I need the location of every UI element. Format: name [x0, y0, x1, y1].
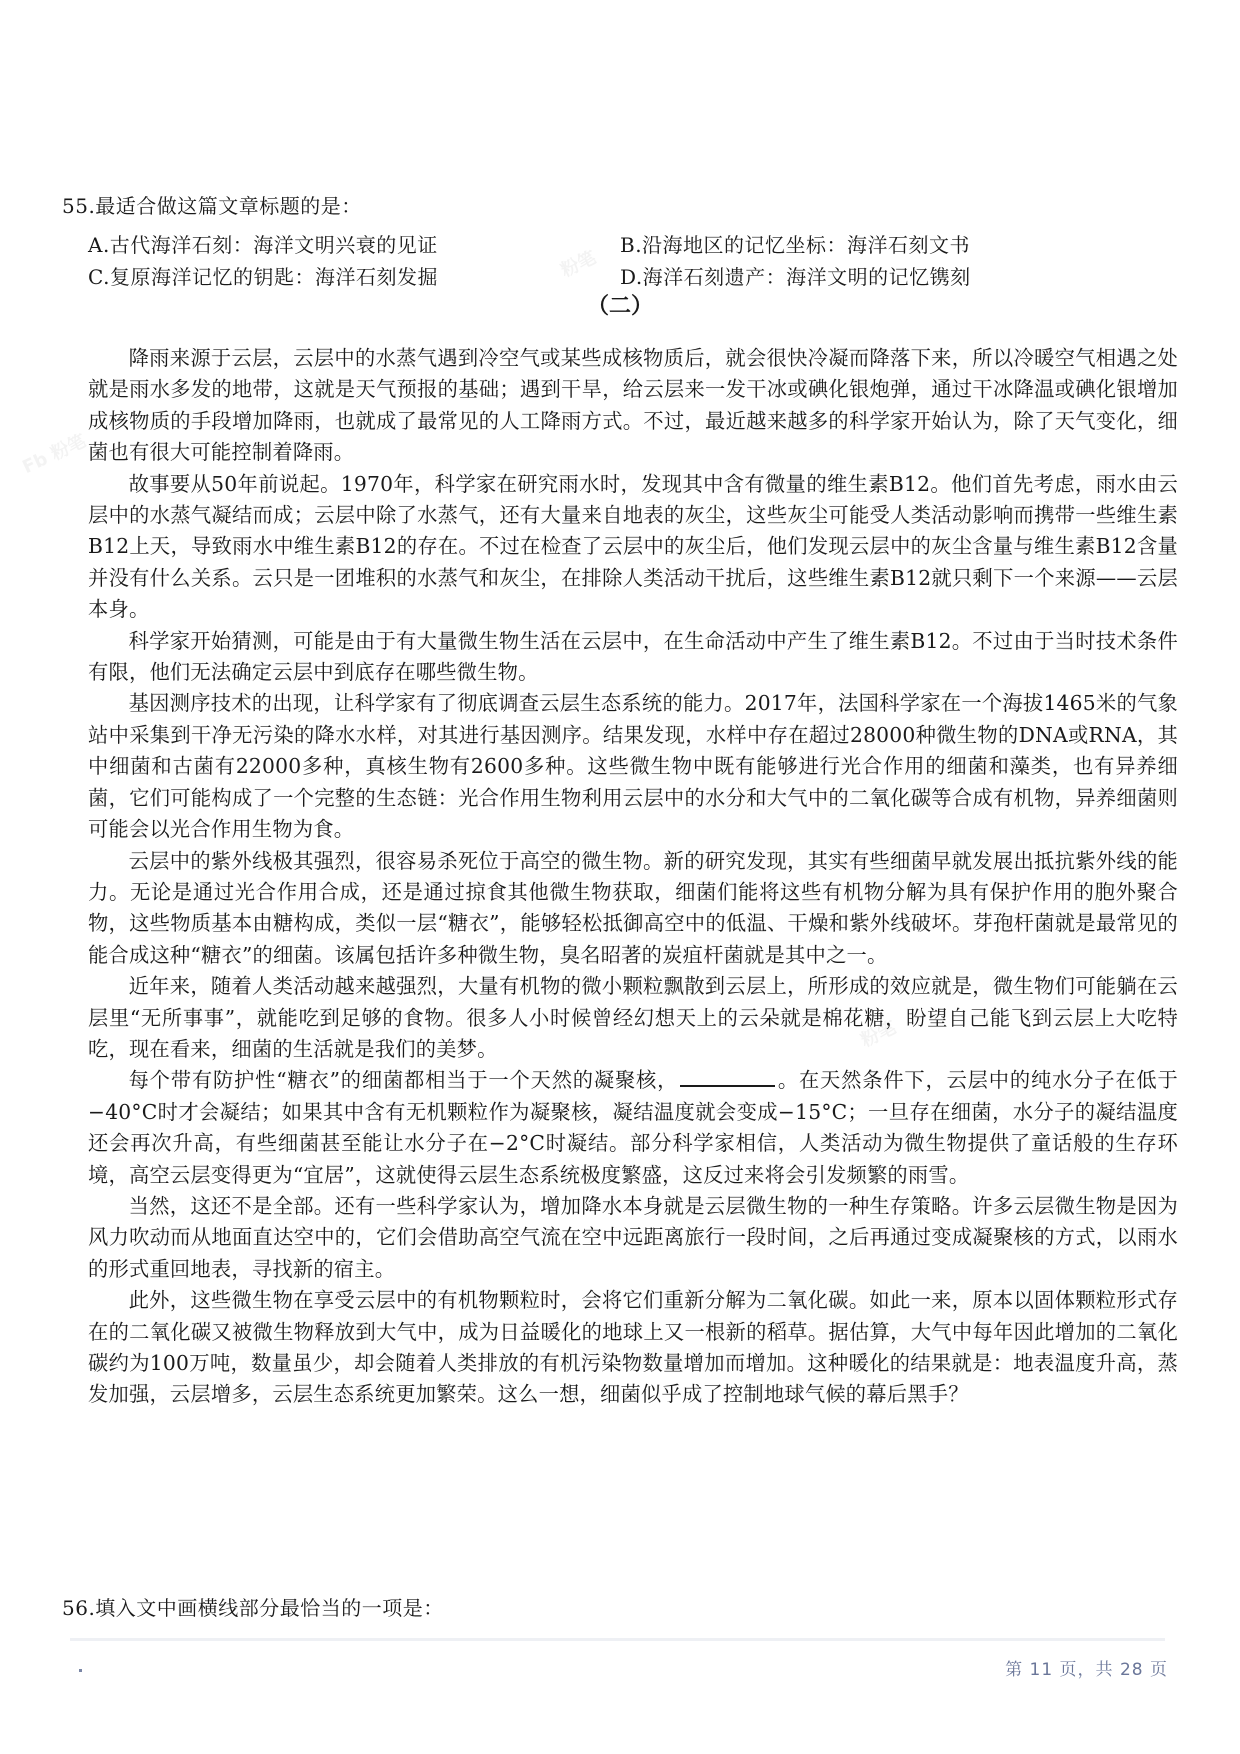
article-paragraph: 此外，这些微生物在享受云层中的有机物颗粒时，会将它们重新分解为二氧化碳。如此一来… — [88, 1285, 1178, 1411]
article-paragraph: 当然，这还不是全部。还有一些科学家认为，增加降水本身就是云层微生物的一种生存策略… — [88, 1191, 1178, 1285]
question-55-title: 55.最适合做这篇文章标题的是： — [62, 192, 362, 220]
article-body: 降雨来源于云层，云层中的水蒸气遇到冷空气或某些成核物质后，就会很快冷凝而降落下来… — [88, 343, 1178, 1411]
question-56-title: 56.填入文中画横线部分最恰当的一项是： — [62, 1594, 444, 1622]
article-paragraph: 基因测序技术的出现，让科学家有了彻底调查云层生态系统的能力。2017年，法国科学… — [88, 688, 1178, 845]
section-heading: （二） — [0, 292, 1240, 322]
blank-paragraph-before: 每个带有防护性“糖衣”的细菌都相当于一个天然的凝聚核， — [129, 1068, 679, 1092]
watermark: Fb 粉笔 — [18, 427, 90, 479]
question-55-option-c: C.复原海洋记忆的钥匙：海洋石刻发掘 — [88, 263, 438, 291]
article-paragraph-with-blank: 每个带有防护性“糖衣”的细菌都相当于一个天然的凝聚核，。在天然条件下，云层中的纯… — [88, 1065, 1178, 1191]
question-55-option-d: D.海洋石刻遗产：海洋文明的记忆镌刻 — [620, 263, 971, 291]
article-paragraph: 科学家开始猜测，可能是由于有大量微生物生活在云层中，在生命活动中产生了维生素B1… — [88, 626, 1178, 689]
article-paragraph: 降雨来源于云层，云层中的水蒸气遇到冷空气或某些成核物质后，就会很快冷凝而降落下来… — [88, 343, 1178, 469]
article-paragraph: 故事要从50年前说起。1970年，科学家在研究雨水时，发现其中含有微量的维生素B… — [88, 469, 1178, 626]
question-55-option-b: B.沿海地区的记忆坐标：海洋石刻文书 — [620, 231, 970, 259]
watermark: 粉笔 — [556, 244, 600, 283]
fill-in-blank-line — [680, 1067, 775, 1087]
question-55-option-a: A.古代海洋石刻：海洋文明兴衰的见证 — [88, 231, 438, 259]
article-paragraph: 云层中的紫外线极其强烈，很容易杀死位于高空的微生物。新的研究发现，其实有些细菌早… — [88, 846, 1178, 972]
page-indicator: 第 11 页，共 28 页 — [1005, 1655, 1168, 1680]
footer-dot — [79, 1669, 82, 1672]
exam-page: Fb 粉笔 粉笔 粉笔 55.最适合做这篇文章标题的是： A.古代海洋石刻：海洋… — [0, 0, 1240, 1754]
article-paragraph: 近年来，随着人类活动越来越强烈，大量有机物的微小颗粒飘散到云层上，所形成的效应就… — [88, 971, 1178, 1065]
footer-divider — [70, 1638, 1165, 1641]
